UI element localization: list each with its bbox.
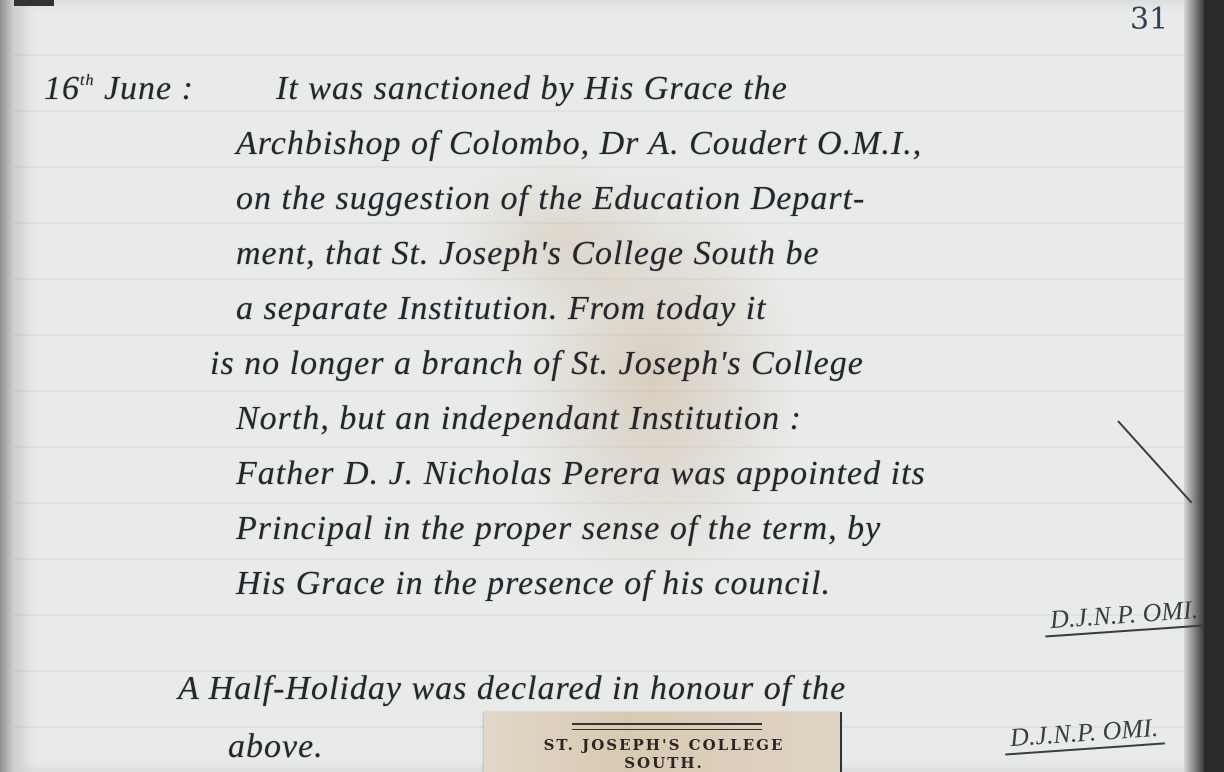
page-edge (1184, 0, 1204, 772)
entry-line: Archbishop of Colombo, Dr A. Coudert O.M… (236, 125, 922, 163)
second-entry-line: above. (228, 728, 324, 766)
entry-line: on the suggestion of the Education Depar… (236, 180, 865, 218)
entry-line: North, but an independant Institution : (236, 400, 802, 438)
entry-line: It was sanctioned by His Grace the (276, 70, 788, 108)
entry-line: Principal in the proper sense of the ter… (236, 510, 881, 548)
clipping-rule (572, 723, 762, 730)
signature-initials: D.J.N.P. OMI. (1043, 594, 1205, 637)
entry-line: a separate Institution. From today it (236, 290, 767, 328)
top-shadow (14, 0, 54, 6)
entry-line: ment, that St. Joseph's College South be (236, 235, 820, 273)
date-suffix: th (80, 72, 94, 89)
book-spine (0, 0, 14, 772)
entry-line: Father D. J. Nicholas Perera was appoint… (236, 455, 926, 493)
second-entry-line: A Half-Holiday was declared in honour of… (178, 670, 846, 708)
newspaper-clipping: ST. JOSEPH'S COLLEGE SOUTH. (484, 712, 842, 772)
ledger-page: 31 16th June : It was sanctioned by His … (14, 0, 1204, 772)
page-tear (1117, 420, 1192, 503)
date-day: 16 (44, 70, 80, 107)
date-month: June : (104, 70, 194, 107)
signature-initials: D.J.N.P. OMI. (1003, 712, 1165, 755)
page-number: 31 (1130, 2, 1168, 37)
entry-line: is no longer a branch of St. Joseph's Co… (210, 345, 864, 383)
clipping-headline: ST. JOSEPH'S COLLEGE SOUTH. (504, 736, 824, 772)
entry-line: His Grace in the presence of his council… (236, 565, 831, 603)
entry-date: 16th June : (44, 70, 194, 108)
